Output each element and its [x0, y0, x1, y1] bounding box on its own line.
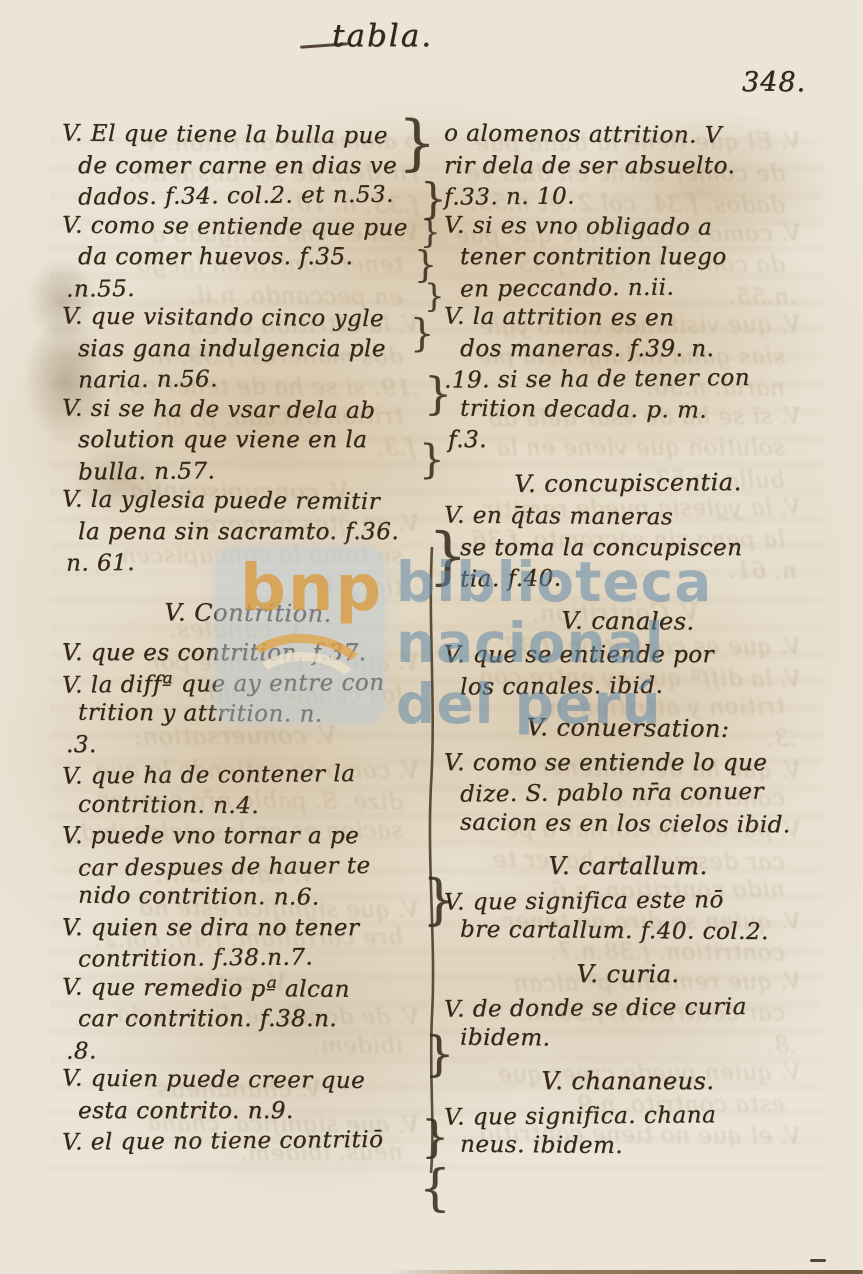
gutter-brace: }: [424, 282, 444, 311]
manuscript-line: sias gana indulgencia ple: [62, 334, 434, 365]
manuscript-line: rir dela de ser absuelto.: [444, 151, 812, 182]
manuscript-line: V. quien se dira no tener: [62, 913, 434, 944]
manuscript-line: V. puede vno tornar a pe: [62, 821, 434, 852]
manuscript-line: .n.55.: [62, 271, 434, 305]
section-heading: V. chananeus.: [444, 1066, 812, 1097]
manuscript-line: da comer huevos. f.35.: [62, 242, 434, 273]
manuscript-line: V. la attrition es en: [444, 302, 812, 335]
manuscript-line: f.3.: [444, 425, 812, 456]
manuscript-line: V. en q̄tas maneras: [444, 501, 812, 534]
manuscript-line: dize. S. pablo nr̄a conuer: [444, 776, 812, 810]
manuscript-line: se toma la concupiscen: [444, 533, 812, 564]
manuscript-line: V. que remedio pª alcan: [62, 972, 434, 1005]
manuscript-line: V. que se entiende por: [444, 640, 812, 671]
manuscript-line: V. el que no tiene contritiō: [62, 1124, 434, 1158]
manuscript-line: en peccando. n.ii.: [444, 271, 812, 305]
section-heading: V. cartallum.: [444, 851, 812, 882]
page-bottom-edge: [390, 1270, 863, 1274]
manuscript-line: V. que visitando cinco ygle: [62, 302, 434, 335]
manuscript-line: V. si se ha de vsar dela ab: [62, 393, 434, 426]
manuscript-line: V. como se entiende lo que: [444, 748, 812, 779]
manuscript-line: n. 61.: [62, 545, 434, 579]
manuscript-line: los canales. ibid.: [444, 669, 812, 703]
gutter-brace: }: [420, 218, 440, 247]
manuscript-line: .8.: [62, 1033, 434, 1067]
manuscript-line: .19. si se ha de tener con: [444, 362, 812, 396]
column-divider-rule: [424, 545, 440, 1175]
gutter-brace: }: [424, 375, 452, 415]
manuscript-line: V. la diffª que ay entre con: [62, 667, 434, 701]
manuscript-line: neus. ibidem.: [444, 1130, 812, 1163]
manuscript-line: solution que viene en la: [62, 425, 434, 456]
manuscript-line: tia. f.40.: [444, 561, 812, 595]
manuscript-line: trition y attrition. n.: [62, 698, 434, 731]
manuscript-page: V. El que tiene la bulla puede comer car…: [0, 0, 863, 1274]
manuscript-line: bulla. n.57.: [62, 454, 434, 488]
manuscript-line: naria. n.56.: [62, 362, 434, 396]
section-heading: V. curia.: [444, 959, 812, 990]
manuscript-line: car contrition. f.38.n.: [62, 1004, 434, 1035]
manuscript-line: V. si es vno obligado a: [444, 210, 812, 243]
manuscript-line: ibidem.: [444, 1022, 812, 1055]
section-heading: V. concupiscentia.: [444, 466, 812, 500]
manuscript-line: contrition. f.38.n.7.: [62, 941, 434, 975]
gutter-brace: }: [419, 442, 444, 478]
manuscript-line: V. El que tiene la bulla pue: [62, 119, 434, 152]
manuscript-line: dos maneras. f.39. n.: [444, 334, 812, 365]
manuscript-line: o alomenos attrition. V: [444, 119, 812, 152]
manuscript-line: .3.: [62, 730, 434, 761]
manuscript-line: V. la yglesia puede remitir: [62, 485, 434, 518]
manuscript-line: bre cartallum. f.40. col.2.: [444, 915, 812, 948]
manuscript-line: trition decada. p. m.: [444, 393, 812, 426]
right-column: o alomenos attrition. Vrir dela de ser a…: [444, 120, 812, 1162]
manuscript-line: V. de donde se dice curia: [444, 991, 812, 1025]
pen-stroke: [810, 1259, 826, 1262]
folio-number: 348.: [742, 68, 806, 98]
manuscript-line: V. quien puede creer que: [62, 1064, 434, 1097]
manuscript-line: V. que significa. chana: [444, 1099, 812, 1133]
manuscript-line: la pena sin sacramto. f.36.: [62, 517, 434, 548]
manuscript-line: V. como se entiende que pue: [62, 210, 434, 243]
left-column: V. El que tiene la bulla puede comer car…: [62, 120, 434, 1157]
section-heading: V. Contrition.: [62, 596, 434, 629]
manuscript-line: V. que significa este nō: [444, 884, 812, 918]
manuscript-line: f.33. n. 10.: [444, 179, 812, 213]
manuscript-line: contrition. n.4.: [62, 789, 434, 822]
page-title: tabla.: [332, 18, 433, 55]
manuscript-line: de comer carne en dias ve: [62, 151, 434, 182]
manuscript-line: dados. f.34. col.2. et n.53.: [62, 179, 434, 213]
gutter-brace: }: [410, 316, 434, 350]
manuscript-line: esta contrito. n.9.: [62, 1096, 434, 1127]
manuscript-line: sacion es en los cielos ibid.: [444, 807, 812, 840]
manuscript-line: V. que es contrition. f.37.: [62, 638, 434, 669]
manuscript-line: car despues de hauer te: [62, 850, 434, 884]
manuscript-line: V. que ha de contener la: [62, 758, 434, 792]
section-heading: V. conuersation:: [444, 712, 812, 745]
gutter-brace: }: [398, 116, 436, 170]
manuscript-line: tener contrition luego: [444, 242, 812, 273]
section-heading: V. canales.: [444, 604, 812, 637]
manuscript-line: nido contrition. n.6.: [62, 881, 434, 914]
